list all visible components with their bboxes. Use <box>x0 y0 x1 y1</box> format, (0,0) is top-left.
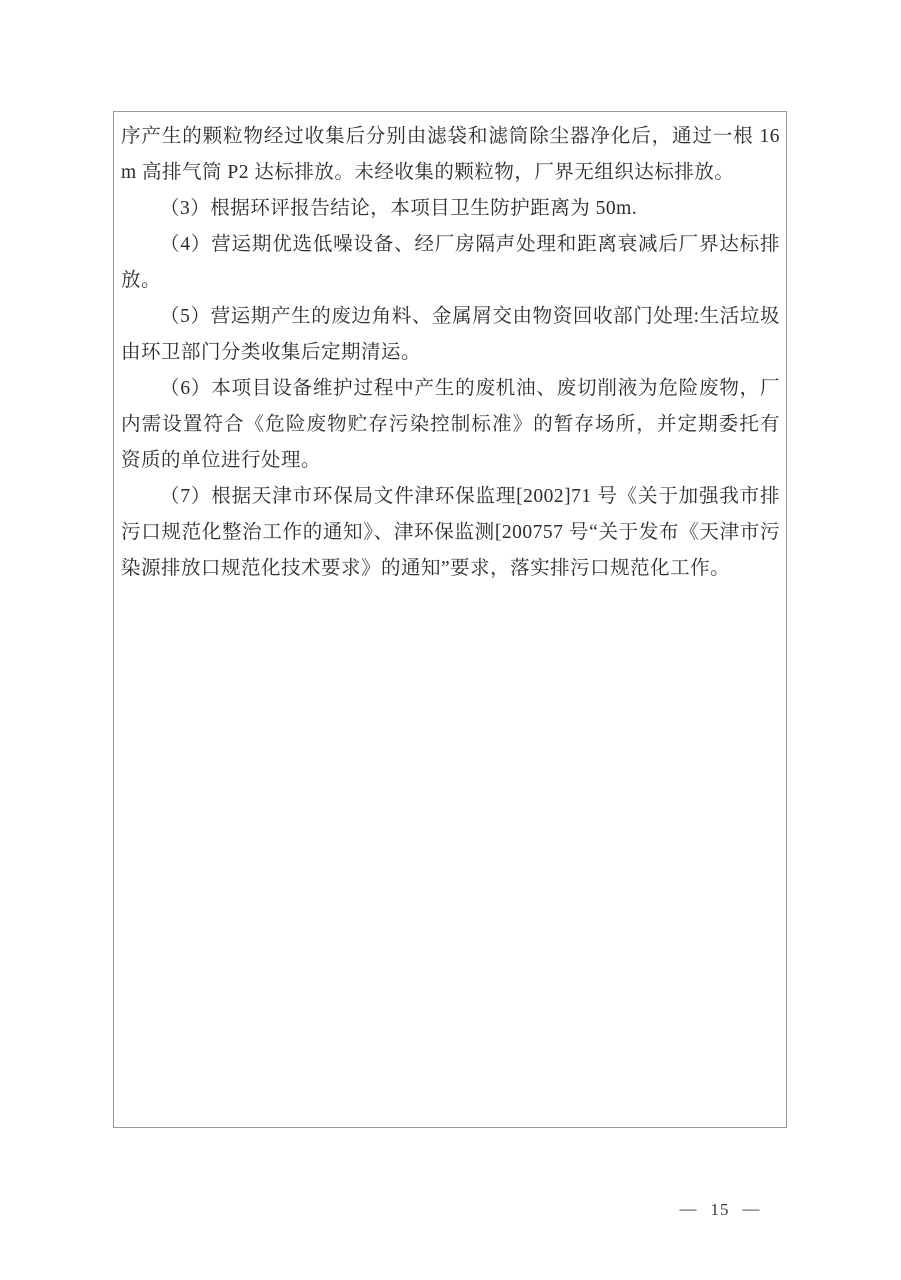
document-content-box: 序产生的颗粒物经过收集后分别由滤袋和滤筒除尘器净化后，通过一根 16m 高排气筒… <box>113 111 787 1128</box>
paragraph-item-4: （4）营运期优选低噪设备、经厂房隔声处理和距离衰减后厂界达标排放。 <box>121 227 780 299</box>
paragraph-item-5: （5）营运期产生的废边角料、金属屑交由物资回收部门处理:生活垃圾由环卫部门分类收… <box>121 299 780 371</box>
paragraph-item-6: （6）本项目设备维护过程中产生的废机油、废切削液为危险废物，厂内需设置符合《危险… <box>121 371 780 479</box>
paragraph-item-7: （7）根据天津市环保局文件津环保监理[2002]71 号《关于加强我市排污口规范… <box>121 479 780 587</box>
paragraph-continuation: 序产生的颗粒物经过收集后分别由滤袋和滤筒除尘器净化后，通过一根 16m 高排气筒… <box>121 119 780 191</box>
footer-dash-right: — <box>743 1199 761 1219</box>
footer-dash-left: — <box>680 1199 698 1219</box>
page-footer: — 15 — <box>660 1200 780 1220</box>
page-number: 15 <box>711 1200 730 1220</box>
paragraph-item-3: （3）根据环评报告结论，本项目卫生防护距离为 50m. <box>121 191 780 227</box>
